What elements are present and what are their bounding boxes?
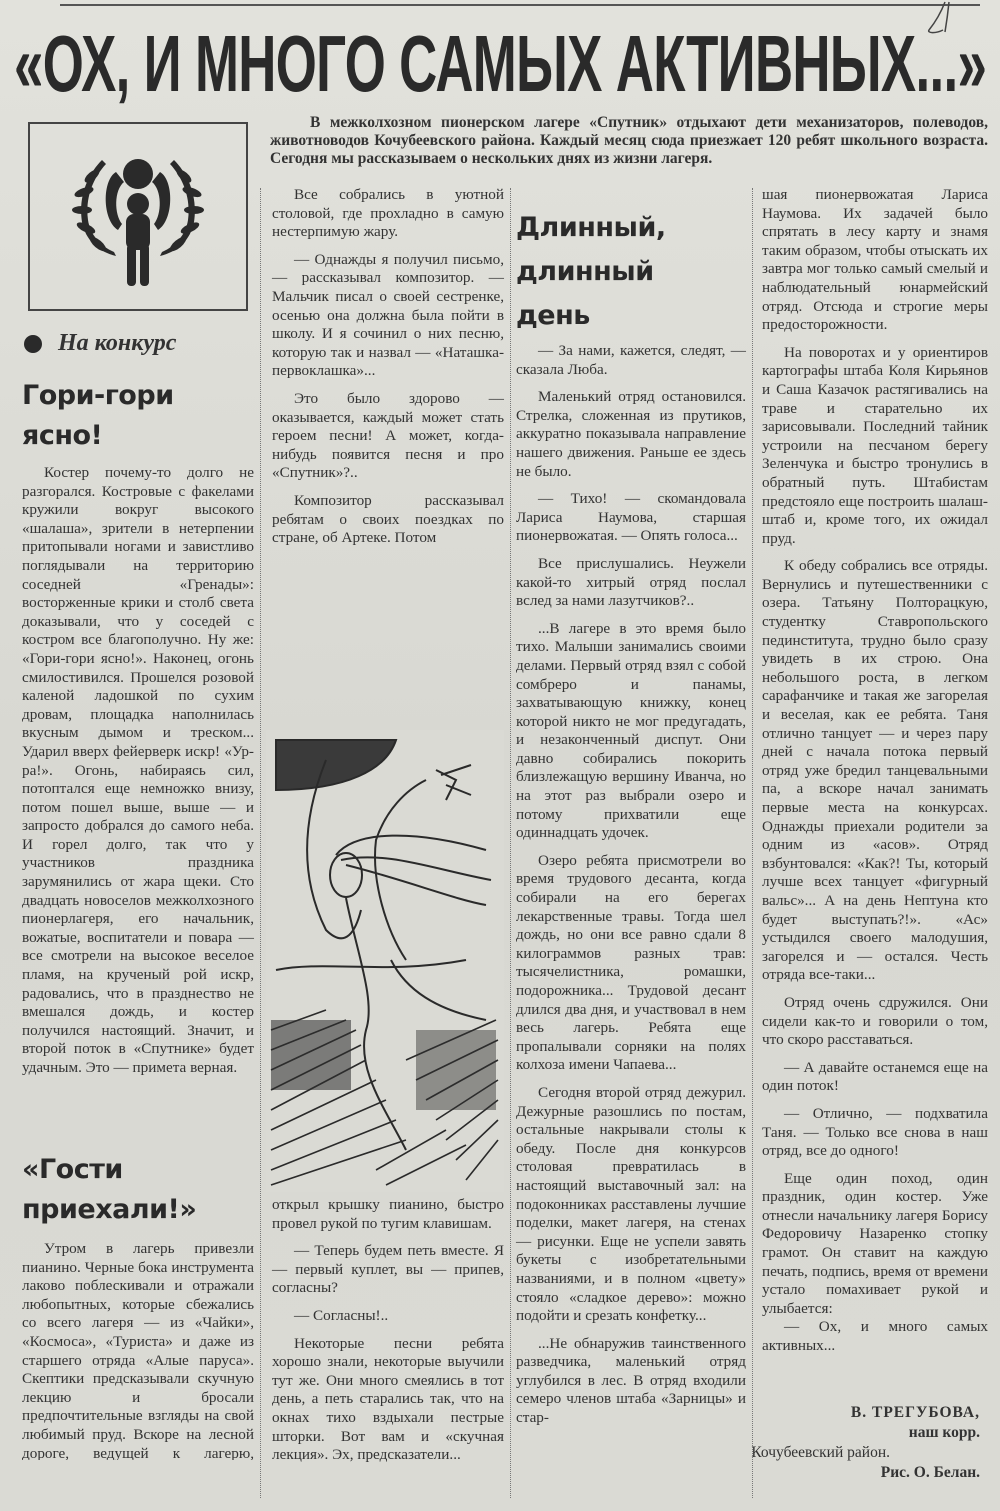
title-line: день (516, 294, 666, 338)
paragraph: Еще один поход, один праздник, один кост… (762, 1170, 988, 1319)
paragraph: ...В лагере в это время было тихо. Малыш… (516, 620, 746, 843)
lead-paragraph: В межколхозном пионерском лагере «Спутни… (270, 114, 988, 168)
title-line: ясно! (22, 416, 174, 456)
column-1: Костер почему-то долго не разгорался. Ко… (22, 464, 254, 1087)
paragraph: Озеро ребята присмотрели во время трудов… (516, 852, 746, 1075)
iyc-emblem-icon (28, 122, 248, 311)
paragraph: Сегодня второй отряд дежурил. Дежурные р… (516, 1084, 746, 1326)
column-2-bottom: открыл крышку пианино, быстро провел рук… (272, 1196, 504, 1474)
paragraph: — Отлично, — подхватила Таня. — Только в… (762, 1105, 988, 1161)
column-4: шая пионервожатая Лариса Наумова. Их зад… (762, 186, 988, 1365)
newspaper-page: «ОХ, И МНОГО САМЫХ АКТИВНЫХ...» В межкол… (0, 0, 1000, 1511)
paragraph: открыл крышку пианино, быстро провел рук… (272, 1196, 504, 1233)
author-role: наш корр. (751, 1423, 980, 1443)
title-line: приехали!» (22, 1190, 196, 1230)
paragraph: — Однажды я получил письмо, — рассказыва… (272, 251, 504, 381)
paragraph: На поворотах и у ориентиров картографы ш… (762, 344, 988, 549)
title-line: Длинный, (516, 206, 666, 250)
rubric-label: На конкурс (24, 330, 176, 357)
paragraph: Костер почему-то долго не разгорался. Ко… (22, 464, 254, 1078)
paragraph: Утром в лагерь привезли пианино. Черные … (22, 1240, 254, 1460)
paragraph: — Тихо! — скомандовала Лариса Наумова, с… (516, 490, 746, 546)
paragraph: Все прислушались. Неужели какой-то хитры… (516, 555, 746, 611)
rubric-text: На конкурс (58, 330, 176, 357)
column-2: Все собрались в уютной столовой, где про… (272, 186, 504, 557)
paragraph: ...Не обнаружив таинственного разведчика… (516, 1335, 746, 1428)
column-divider (510, 188, 511, 1498)
title-line: длинный (516, 250, 666, 294)
paragraph: Маленький отряд остановился. Стрелка, сл… (516, 388, 746, 481)
byline: В. ТРЕГУБОВА, наш корр. Кочубеевский рай… (751, 1403, 980, 1483)
paragraph: Некоторые песни ребята хорошо знали, нек… (272, 1335, 504, 1465)
paragraph: — А давайте останемся еще на один поток! (762, 1059, 988, 1096)
column-divider (752, 188, 753, 1498)
section-title-gori-gori: Гори-гори ясно! (22, 376, 174, 456)
column-3: — За нами, кажется, следят, — сказала Лю… (516, 342, 746, 1428)
illustration-credit: Рис. О. Белан. (751, 1463, 980, 1483)
paragraph: Композитор рассказывал ребятам о своих п… (272, 492, 504, 548)
paragraph: — За нами, кажется, следят, — сказала Лю… (516, 342, 746, 379)
title-line: «Гости (22, 1150, 196, 1190)
author-place: Кочубеевский район. (751, 1443, 890, 1463)
paragraph: — Ох, и много самых активных... (762, 1318, 988, 1355)
paragraph: Все собрались в уютной столовой, где про… (272, 186, 504, 242)
column-1-bottom: Утром в лагерь привезли пианино. Черные … (22, 1240, 254, 1460)
column-divider (260, 188, 261, 1498)
page-headline: «ОХ, И МНОГО САМЫХ АКТИВНЫХ...» (14, 14, 658, 114)
section-title-dlinny-den: Длинный, длинный день (516, 206, 666, 338)
title-line: Гори-гори (22, 376, 174, 416)
paragraph: Это было здорово — оказывается, каждый м… (272, 390, 504, 483)
bullet-icon (24, 335, 42, 353)
girl-in-wind-drawing-icon (266, 730, 504, 1192)
author-name: В. ТРЕГУБОВА, (751, 1403, 980, 1423)
paragraph: К обеду собрались все отряды. Вернулись … (762, 557, 988, 985)
paragraph: Отряд очень сдружился. Они сидели как-то… (762, 994, 988, 1050)
paragraph: шая пионервожатая Лариса Наумова. Их зад… (762, 186, 988, 335)
section-title-gosti: «Гости приехали!» (22, 1150, 196, 1230)
paragraph: — Согласны!.. (272, 1307, 504, 1326)
paragraph: — Теперь будем петь вместе. Я — первый к… (272, 1242, 504, 1298)
top-rule (60, 0, 980, 6)
